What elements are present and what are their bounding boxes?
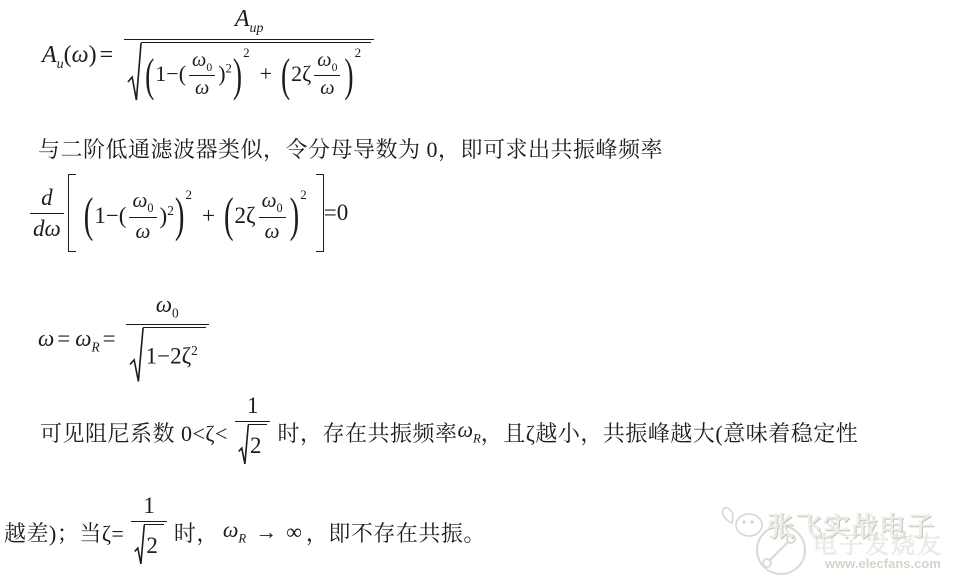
damping-pre-text: 可见阻尼系数 0<ζ< [40, 417, 228, 448]
fraction-bar [126, 324, 209, 325]
paragraph-derivative-note: 与二阶低通滤波器类似，令分母导数为 0，即可求出共振峰频率 [38, 133, 663, 164]
subscript-up: up [249, 21, 263, 36]
square-root: 2 [134, 524, 164, 565]
numerator-aup: Aup [232, 6, 267, 37]
watermark-overlay-text: 电子发烧友 [813, 525, 943, 560]
plus-sign: + [202, 203, 215, 229]
numerator-one: 1 [244, 393, 262, 419]
two-zeta: 2ζ [235, 203, 256, 229]
open-paren: ( [64, 42, 72, 68]
gain-lhs: Au(ω)= [42, 42, 118, 73]
watermark-site-url: www.elecfans.com [825, 556, 941, 571]
one-over-sqrt2-fraction: 1 2 [235, 393, 271, 471]
outer-exponent-2: 2 [355, 45, 362, 61]
arrow-right: → [255, 519, 277, 545]
one-over-sqrt2-fraction: 1 2 [131, 493, 167, 571]
outer-exponent-2: 2 [243, 45, 250, 61]
fraction-bar [259, 217, 286, 218]
denominator: 2 [235, 424, 271, 471]
damping-post-text: ，且ζ越小，共振峰越大(意味着稳定性 [481, 417, 858, 448]
close-paren-squared: )2 [218, 61, 232, 87]
formula-derivative: d dω ( 1−( ω0 ω )2 )2 + ( 2ζ ω0 ω )2 [30, 174, 348, 252]
radicand: 1−2ζ2 [143, 327, 206, 383]
radical-icon [127, 42, 142, 102]
omega: ω [133, 219, 154, 244]
omega-zero: ω0 [189, 49, 215, 74]
omega-R: ωR [457, 417, 480, 446]
watermark: 张飞实战电子 电子发烧友 www.elecfans.com [721, 499, 949, 577]
fraction-bar [30, 213, 64, 214]
omega-ratio-fraction: ω0 ω [314, 49, 340, 100]
two-zeta: 2ζ [291, 61, 311, 87]
equals-sign: = [100, 42, 114, 68]
omega-ratio-fraction: ω0 ω [259, 188, 286, 244]
symbol-omega: ω [72, 42, 89, 68]
omega-zero: ω0 [314, 49, 340, 74]
paragraph-no-resonance: 越差)；当ζ= 1 2 时， ωR → ∞ ，即不存在共振。 [4, 492, 486, 572]
one-minus-two-zeta-squared: 1−2ζ2 [146, 343, 198, 370]
plus-sign: + [260, 61, 272, 87]
left-bracket [68, 174, 76, 252]
big-close-paren: ) [344, 51, 353, 98]
big-open-paren: ( [84, 192, 94, 241]
square-root: 2 [238, 424, 268, 465]
numerator-one: 1 [140, 493, 158, 519]
radicand: ( 1−( ω0 ω )2 )2 + ( 2ζ ω0 [141, 42, 371, 102]
d-over-domega: d dω [30, 185, 64, 242]
no-resonance-post-text: ，即不存在共振。 [306, 517, 486, 548]
denominator: 2 [131, 524, 167, 571]
no-resonance-mid-text: 时， [174, 517, 219, 548]
right-bracket [316, 174, 324, 252]
omega-zero: ω0 [259, 188, 286, 216]
domega-denominator: dω [30, 216, 64, 242]
omega-R: ωR [223, 517, 246, 546]
subscript-R: R [238, 532, 246, 546]
omega: ω [262, 219, 283, 244]
resonance-fraction: ω0 1−2ζ2 [126, 292, 209, 389]
subscript-u: u [57, 57, 64, 72]
omega-ratio-fraction: ω0 ω [189, 49, 215, 100]
equals-zero: =0 [324, 200, 348, 226]
omega-ratio-fraction: ω0 ω [129, 188, 156, 244]
outer-exponent-2: 2 [185, 187, 192, 203]
fraction-bar [314, 75, 340, 76]
subscript-R: R [473, 432, 481, 446]
square-root: 1−2ζ2 [129, 327, 206, 383]
big-open-paren: ( [224, 192, 234, 241]
one-minus-open: 1−( [155, 61, 186, 87]
big-close-paren: ) [233, 51, 242, 98]
close-paren: ) [89, 42, 97, 68]
radical-icon [129, 327, 144, 383]
infinity-symbol: ∞ [286, 519, 302, 545]
fraction-bar [124, 39, 374, 40]
denominator: ( 1−( ω0 ω )2 )2 + ( 2ζ ω0 [124, 42, 374, 109]
formula-au-gain: Au(ω)= Aup ( 1−( ω0 ω )2 )2 [42, 6, 374, 109]
fraction-bar [189, 75, 215, 76]
fraction-bar [129, 217, 156, 218]
close-paren-squared: )2 [160, 203, 174, 230]
bracket-content: ( 1−( ω0 ω )2 )2 + ( 2ζ ω0 ω )2 [81, 174, 311, 252]
big-close-paren: ) [175, 192, 185, 241]
d-numerator: d [38, 185, 56, 211]
document-page: Au(ω)= Aup ( 1−( ω0 ω )2 )2 [0, 0, 953, 579]
radicand: 2 [248, 424, 268, 465]
outer-exponent-2: 2 [300, 187, 307, 203]
omega-zero: ω0 [153, 292, 182, 322]
omega-zero: ω0 [129, 188, 156, 216]
resonance-lhs: ω=ωR= [38, 326, 121, 356]
square-root: ( 1−( ω0 ω )2 )2 + ( 2ζ ω0 [127, 42, 371, 102]
big-close-paren: ) [290, 192, 300, 241]
fraction-bar [131, 521, 167, 522]
symbol-A: A [42, 42, 57, 68]
no-resonance-pre-text: 越差)；当ζ= [4, 517, 124, 548]
big-open-paren: ( [281, 51, 290, 98]
gain-fraction: Aup ( 1−( ω0 ω )2 )2 + [124, 6, 374, 109]
radicand: 2 [144, 524, 164, 565]
paragraph-damping-condition: 可见阻尼系数 0<ζ< 1 2 时，存在共振频率 ωR ，且ζ越小，共振峰越大(… [40, 390, 858, 474]
damping-mid-text: 时，存在共振频率 [277, 417, 457, 448]
omega: ω [317, 77, 337, 100]
denominator: 1−2ζ2 [126, 327, 209, 389]
big-open-paren: ( [145, 51, 154, 98]
formula-resonant-frequency: ω=ωR= ω0 1−2ζ2 [38, 292, 209, 389]
fraction-bar [235, 421, 271, 422]
omega: ω [192, 77, 212, 100]
one-minus-open: 1−( [94, 203, 126, 229]
subscript-R: R [91, 339, 99, 354]
